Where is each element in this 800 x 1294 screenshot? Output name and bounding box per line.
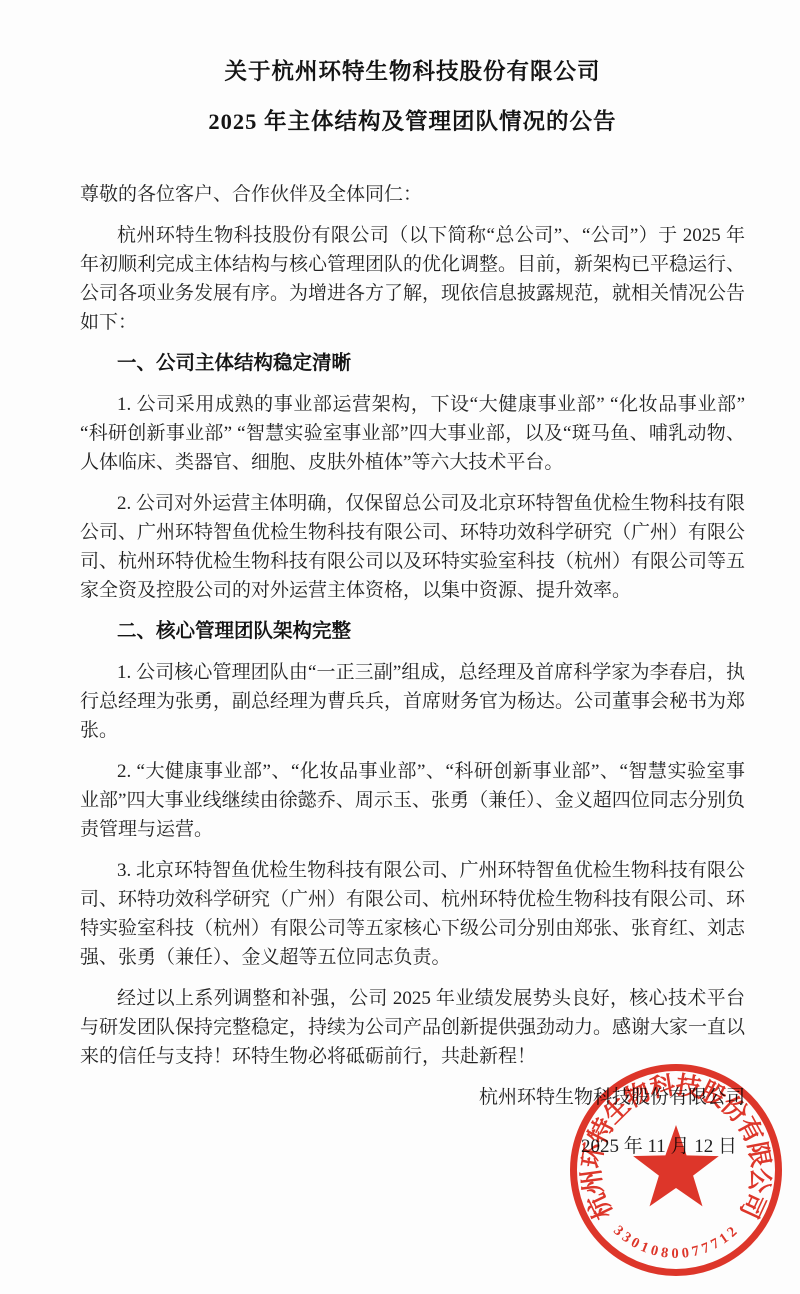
announcement-date: 2025 年 11 月 12 日 bbox=[80, 1132, 745, 1161]
announcement-document: 关于杭州环特生物科技股份有限公司 2025 年主体结构及管理团队情况的公告 尊敬… bbox=[0, 0, 800, 1294]
page-title-line2: 2025 年主体结构及管理团队情况的公告 bbox=[80, 107, 745, 137]
closing-paragraph: 经过以上系列调整和补强，公司 2025 年业绩发展势头良好，核心技术平台与研发团… bbox=[80, 984, 745, 1071]
salutation: 尊敬的各位客户、合作伙伴及全体同仁： bbox=[80, 180, 745, 209]
section-1-heading: 一、公司主体结构稳定清晰 bbox=[80, 349, 745, 378]
company-signature: 杭州环特生物科技股份有限公司 bbox=[80, 1083, 745, 1112]
section-2-paragraph-1: 1. 公司核心管理团队由“一正三副”组成，总经理及首席科学家为李春启，执行总经理… bbox=[80, 658, 745, 745]
section-1-paragraph-1: 1. 公司采用成熟的事业部运营架构，下设“大健康事业部” “化妆品事业部” “科… bbox=[80, 390, 745, 477]
page-title-line1: 关于杭州环特生物科技股份有限公司 bbox=[80, 57, 745, 87]
intro-paragraph: 杭州环特生物科技股份有限公司（以下简称“总公司”、“公司”）于 2025 年年初… bbox=[80, 221, 745, 337]
signature-block: 杭州环特生物科技股份有限公司 2025 年 11 月 12 日 bbox=[80, 1083, 745, 1161]
seal-number: 3301080077712 bbox=[610, 1223, 740, 1262]
section-2-paragraph-2: 2. “大健康事业部”、“化妆品事业部”、“科研创新事业部”、“智慧实验室事业部… bbox=[80, 757, 745, 844]
section-2-heading: 二、核心管理团队架构完整 bbox=[80, 617, 745, 646]
section-1-paragraph-2: 2. 公司对外运营主体明确，仅保留总公司及北京环特智鱼优检生物科技有限公司、广州… bbox=[80, 489, 745, 605]
section-2-paragraph-3: 3. 北京环特智鱼优检生物科技有限公司、广州环特智鱼优检生物科技有限公司、环特功… bbox=[80, 856, 745, 972]
